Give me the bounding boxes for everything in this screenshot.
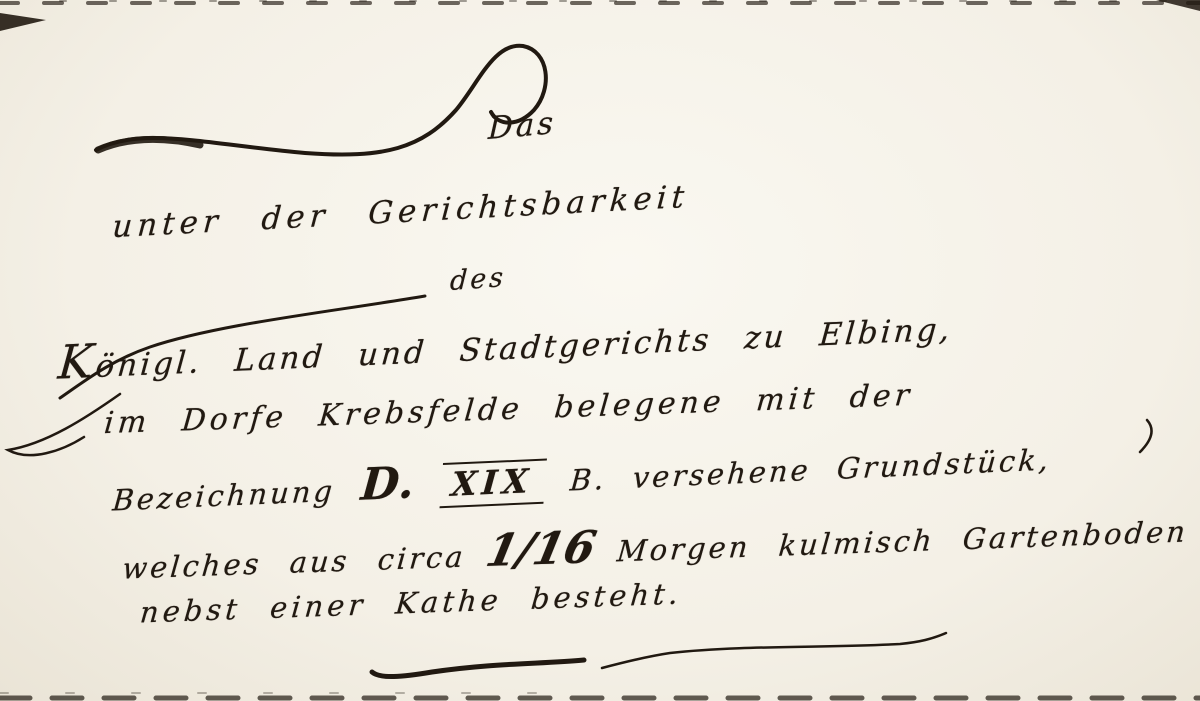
line-jurisdiction: unter der Gerichtsbarkeit (111, 179, 690, 245)
line-des: des (449, 262, 507, 297)
village-text: im Dorfe Krebsfelde belegene mit der (103, 378, 915, 441)
word-das: Das (487, 105, 556, 147)
line-das: Das (487, 105, 558, 147)
manuscript-page: Das unter der Gerichtsbarkeit des Königl… (0, 0, 1200, 701)
right-margin-flick (1140, 420, 1151, 452)
court-text: Königl. Land und Stadtgerichts zu Elbing… (56, 296, 955, 389)
das-capital-flourish-thick (98, 139, 200, 150)
designation-letter: D. (359, 457, 417, 511)
das-capital-flourish (96, 46, 546, 155)
area-post: Morgen kulmisch Gartenboden (616, 514, 1190, 568)
line-court: Königl. Land und Stadtgerichts zu Elbing… (57, 297, 954, 390)
closing-flourish-right (602, 633, 946, 668)
jurisdiction-text: unter der Gerichtsbarkeit (111, 179, 690, 245)
closing-flourish-left (372, 660, 584, 677)
scan-corner-top-left (0, 13, 46, 31)
designation-post: B. versehene Grundstück, (569, 442, 1053, 497)
word-des: des (449, 262, 507, 297)
area-fraction: 1/16 (482, 522, 601, 577)
scan-corner-top-right (1156, 0, 1200, 11)
line-designation: Bezeichnung D. XIX B. versehene Grundstü… (111, 430, 1052, 523)
designation-numeral: XIX (439, 459, 546, 509)
line-village: im Dorfe Krebsfelde belegene mit der (104, 378, 914, 441)
area-pre: welches aus circa (121, 540, 467, 586)
designation-pre: Bezeichnung (111, 474, 336, 518)
